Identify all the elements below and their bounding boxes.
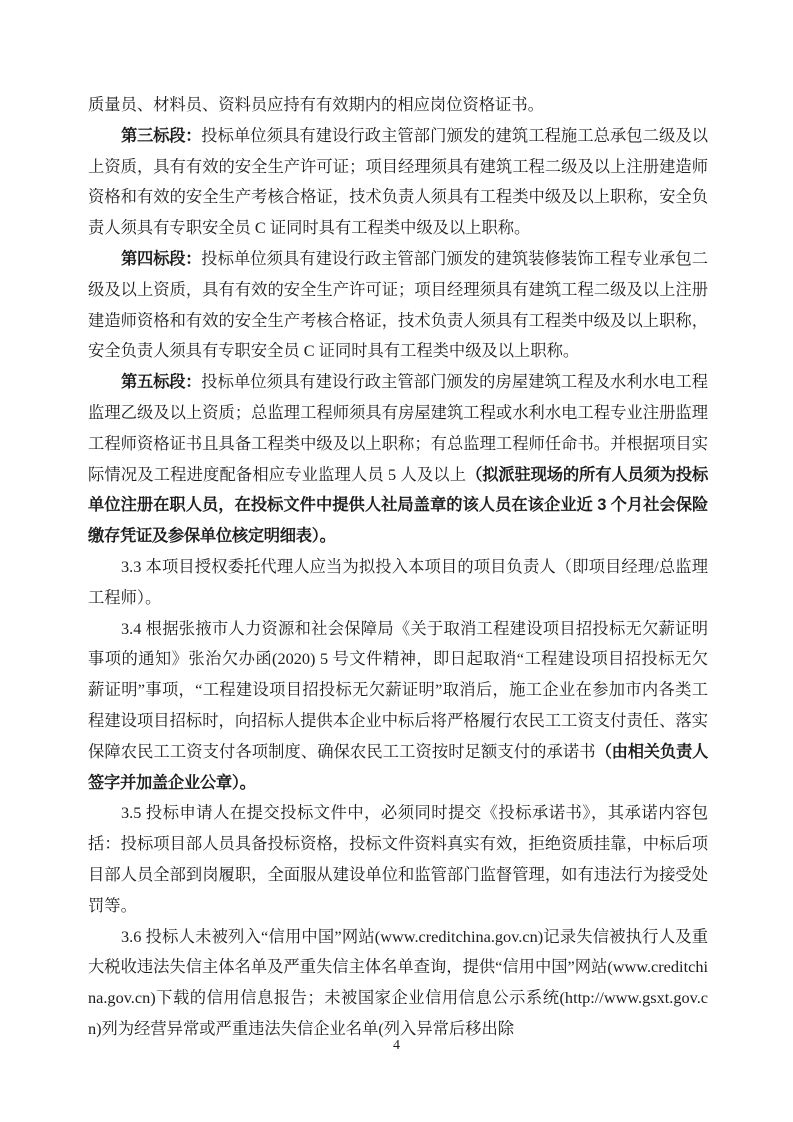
paragraph: 3.4 根据张掖市人力资源和社会保障局《关于取消工程建设项目招投标无欠薪证明事项… [88, 614, 708, 799]
paragraph: 第四标段：投标单位须具有建设行政主管部门颁发的建筑装修装饰工程专业承包二级及以上… [88, 244, 708, 367]
paragraph: 3.6 投标人未被列入“信用中国”网站(www.creditchina.gov.… [88, 922, 708, 1045]
text-run: 3.3 本项目授权委托代理人应当为拟投入本项目的项目负责人（即项目经理/总监理工… [88, 557, 708, 607]
bold-text-run: 第四标段： [121, 250, 201, 268]
page-number: 4 [0, 1036, 793, 1056]
text-run: 3.6 投标人未被列入“信用中国”网站(www.creditchina.gov.… [88, 927, 708, 1038]
text-run: 3.5 投标申请人在提交投标文件中，必须同时提交《投标承诺书》，其承诺内容包括：… [88, 803, 708, 914]
paragraph: 3.3 本项目授权委托代理人应当为拟投入本项目的项目负责人（即项目经理/总监理工… [88, 552, 708, 614]
bold-text-run: 第三标段： [121, 127, 201, 145]
document-page: 质量员、材料员、资料员应持有有效期内的相应岗位资格证书。第三标段：投标单位须具有… [0, 0, 793, 1122]
text-run: 质量员、材料员、资料员应持有有效期内的相应岗位资格证书。 [88, 95, 544, 114]
paragraph: 第三标段：投标单位须具有建设行政主管部门颁发的建筑工程施工总承包二级及以上资质，… [88, 121, 708, 244]
paragraph: 质量员、材料员、资料员应持有有效期内的相应岗位资格证书。 [88, 90, 708, 121]
document-body: 质量员、材料员、资料员应持有有效期内的相应岗位资格证书。第三标段：投标单位须具有… [88, 90, 708, 1045]
paragraph: 3.5 投标申请人在提交投标文件中，必须同时提交《投标承诺书》，其承诺内容包括：… [88, 798, 708, 921]
bold-text-run: 第五标段： [121, 373, 201, 391]
paragraph: 第五标段：投标单位须具有建设行政主管部门颁发的房屋建筑工程及水利水电工程监理乙级… [88, 367, 708, 552]
text-run: 3.4 根据张掖市人力资源和社会保障局《关于取消工程建设项目招投标无欠薪证明事项… [88, 619, 708, 761]
